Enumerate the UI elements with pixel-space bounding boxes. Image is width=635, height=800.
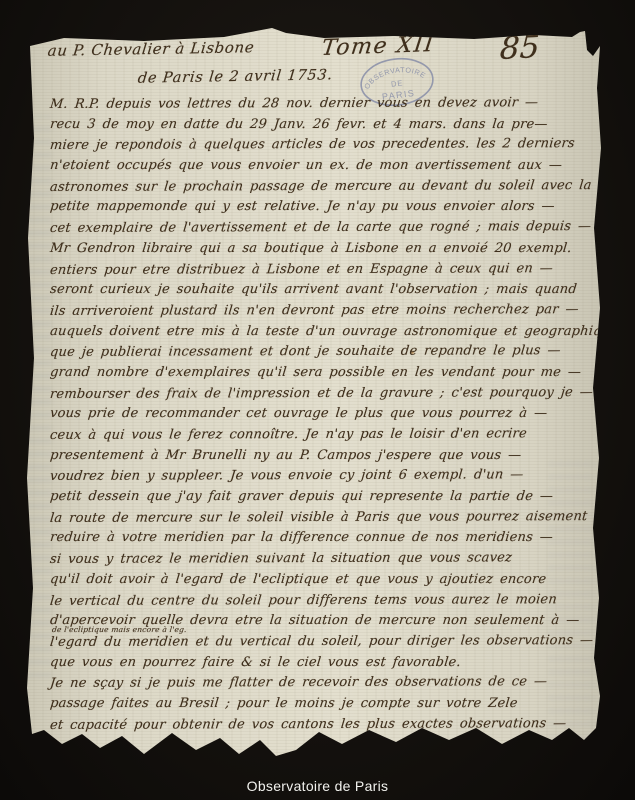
recipient-line: au P. Chevalier à Lisbone [47,38,255,60]
manuscript-line: l'egard du meridien et du vertical du so… [49,631,602,654]
manuscript-line: grand nombre d'exemplaires qu'il sera po… [49,363,602,384]
manuscript-line: seront curieux je souhaite qu'ils arrive… [49,280,602,301]
manuscript-line: Mr Gendron libraire qui a sa boutique à … [49,239,602,260]
manuscript-line: la route de mercure sur le soleil visibl… [49,507,602,530]
manuscript-line: ceux à qui vous le ferez connoître. Je n… [49,424,602,447]
manuscript-line: cet exemplaire de l'avertissement et de … [49,217,602,240]
manuscript-line: miere je repondois à quelques articles d… [49,134,602,157]
manuscript-line: que je publierai incessament et dont je … [49,341,602,364]
manuscript-line: n'etoient occupés que vous envoier un ex… [49,156,602,177]
manuscript-line: auquels doivent etre mis à la teste d'un… [49,322,602,343]
manuscript-line: vous prie de recommander cet ouvrage le … [49,404,602,425]
ink-bleedthrough-left [26,116,52,676]
interline-note: de l'ecliptique mais encore à l'eg. [52,625,188,634]
scanned-letter-photo: au P. Chevalier à Lisbone Tome XII 85 de… [0,0,635,800]
manuscript-line: que vous en pourrez faire & si le ciel v… [49,653,602,674]
manuscript-line: si vous y tracez le meridien suivant la … [49,548,602,571]
manuscript-line: presentement à Mr Brunelli ny au P. Camp… [49,446,602,467]
letter-body: M. R.P. depuis vos lettres du 28 nov. de… [50,94,602,735]
photo-caption: Observatoire de Paris [0,778,635,794]
stamp-middle-text: DE [390,78,403,88]
manuscript-line: ils arriveroient plustard ils n'en devro… [49,300,602,323]
manuscript-line: recu 3 de moy en datte du 29 Janv. 26 fe… [49,115,602,136]
manuscript-line: petite mappemonde qui y est relative. Je… [49,197,602,218]
manuscript-line: petit dessein que j'ay fait graver depui… [49,487,602,508]
manuscript-line: Je ne sçay si je puis me flatter de rece… [49,672,602,695]
manuscript-line: passage faites au Bresil ; pour le moins… [49,694,602,715]
dateline: de Paris le 2 avril 1753. [137,67,334,86]
manuscript-line: voudrez bien y suppleer. Je vous envoie … [49,465,602,488]
manuscript-line: rembourser des fraix de l'impression et … [49,383,602,406]
manuscript-page: au P. Chevalier à Lisbone Tome XII 85 de… [24,28,602,768]
manuscript-line: qu'il doit avoir à l'egard de l'ecliptiq… [49,570,602,591]
manuscript-line: le vertical du centre du soleil pour dif… [49,590,602,613]
folio-number: 85 [499,29,541,67]
manuscript-line: et capacité pour obtenir de vos cantons … [49,714,602,737]
manuscript-line: entiers pour etre distribuez à Lisbone e… [49,259,602,282]
manuscript-line: M. R.P. depuis vos lettres du 28 nov. de… [49,93,602,116]
manuscript-line: astronomes sur le prochain passage de me… [49,176,602,199]
manuscript-line: reduire à votre meridien par la differen… [49,528,602,549]
